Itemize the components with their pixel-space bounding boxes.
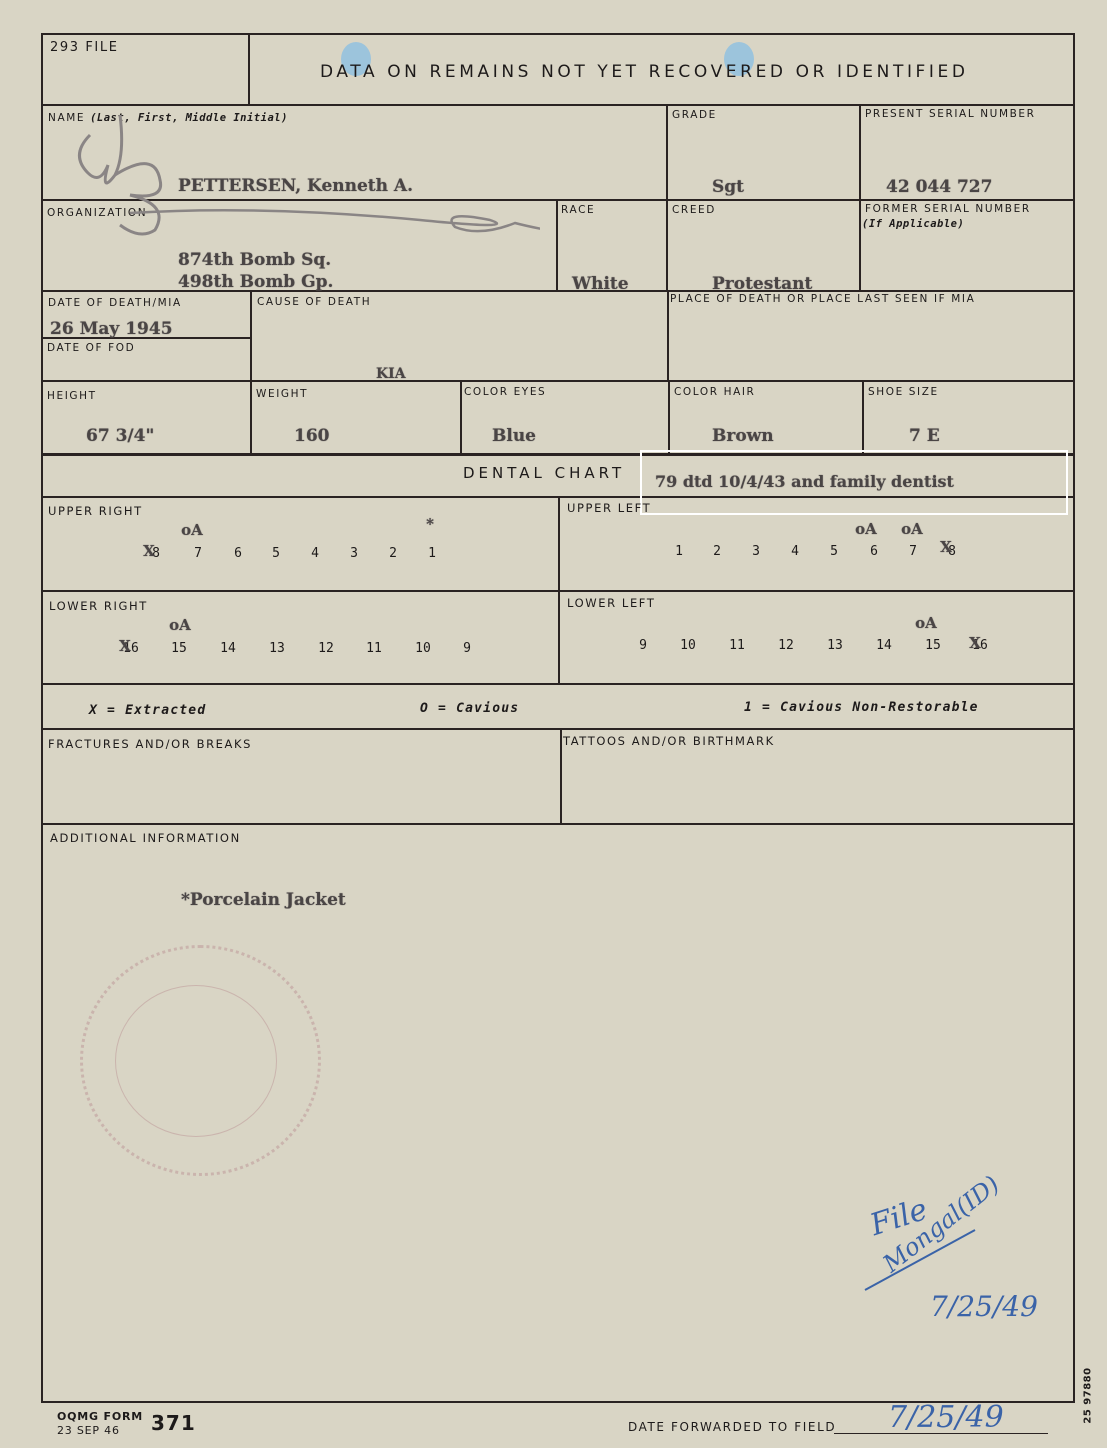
tooth-ul-6: 6: [870, 544, 878, 559]
present-serial-value: 42 044 727: [886, 177, 992, 197]
fractures-label: FRACTURES AND/OR BREAKS: [48, 737, 252, 751]
tooth-lr-14: 14: [220, 641, 236, 656]
color-eyes-label: COLOR EYES: [464, 386, 546, 398]
tooth-ul-2: 2: [713, 544, 721, 559]
tooth-ul-5: 5: [830, 544, 838, 559]
tooth-ll-13: 13: [827, 638, 843, 653]
organization-value-line2: 498th Bomb Gp.: [178, 272, 333, 292]
tooth-ul-1: 1: [675, 544, 683, 559]
form-id-line2: 23 SEP 46: [57, 1424, 120, 1437]
form-title: DATA ON REMAINS NOT YET RECOVERED OR IDE…: [320, 62, 969, 82]
mark-lr-15-oa: oA: [169, 616, 191, 634]
mark-lr-16-extracted: X: [119, 637, 131, 655]
legend-non-restorable: 1 = Cavious Non-Restorable: [744, 700, 979, 715]
faint-stamp-inner: [115, 985, 277, 1137]
tooth-ll-15: 15: [925, 638, 941, 653]
grade-label: GRADE: [672, 109, 717, 121]
cause-of-death-label: CAUSE OF DEATH: [257, 296, 371, 308]
side-code: 25 97880: [1083, 1367, 1094, 1423]
handwritten-date-note: 7/25/49: [930, 1290, 1038, 1323]
former-serial-hint: (If Applicable): [862, 218, 964, 230]
grade-value: Sgt: [712, 177, 744, 197]
tooth-ur-2: 2: [389, 546, 397, 561]
additional-info-label: ADDITIONAL INFORMATION: [50, 831, 241, 845]
tooth-lr-13: 13: [269, 641, 285, 656]
tooth-lr-9: 9: [463, 641, 471, 656]
tooth-ll-12: 12: [778, 638, 794, 653]
color-hair-value: Brown: [712, 426, 774, 446]
color-hair-label: COLOR HAIR: [674, 386, 755, 398]
tooth-ur-4: 4: [311, 546, 319, 561]
upper-left-label: UPPER LEFT: [567, 501, 651, 515]
race-value: White: [572, 274, 629, 294]
tooth-ur-7: 7: [194, 546, 202, 561]
tooth-ur-6: 6: [234, 546, 242, 561]
height-value: 67 3/4": [86, 426, 154, 446]
form-id-line1: OQMG FORM: [57, 1410, 143, 1423]
highlight-box: [640, 450, 1068, 515]
creed-value: Protestant: [712, 274, 812, 294]
lower-left-label: LOWER LEFT: [567, 596, 655, 610]
handwritten-initials: [60, 95, 540, 245]
shoe-size-label: SHOE SIZE: [868, 386, 939, 398]
place-of-death-label: PLACE OF DEATH OR PLACE LAST SEEN IF MIA: [670, 293, 975, 305]
shoe-size-value: 7 E: [909, 426, 940, 446]
tooth-ul-3: 3: [752, 544, 760, 559]
tooth-lr-12: 12: [318, 641, 334, 656]
weight-label: WEIGHT: [256, 388, 308, 400]
date-of-fod-label: DATE OF FOD: [47, 342, 135, 354]
organization-value-line1: 874th Bomb Sq.: [178, 250, 331, 270]
additional-info-value: *Porcelain Jacket: [181, 890, 346, 910]
legend-extracted: X = Extracted: [89, 703, 206, 718]
race-label: RACE: [561, 204, 595, 216]
present-serial-label: PRESENT SERIAL NUMBER: [865, 108, 1036, 120]
mark-ll-15-oa: oA: [915, 614, 937, 632]
dental-chart-title: DENTAL CHART: [463, 464, 625, 482]
tooth-ur-1: 1: [428, 546, 436, 561]
tooth-lr-11: 11: [366, 641, 382, 656]
tooth-lr-15: 15: [171, 641, 187, 656]
mark-ur-7-oa: oA: [181, 521, 203, 539]
tooth-ll-11: 11: [729, 638, 745, 653]
tooth-lr-10: 10: [415, 641, 431, 656]
date-forwarded-label: DATE FORWARDED TO FIELD: [628, 1420, 836, 1434]
date-of-death-value: 26 May 1945: [50, 319, 173, 339]
former-serial-label: FORMER SERIAL NUMBER: [865, 203, 1031, 215]
date-of-death-label: DATE OF DEATH/MIA: [48, 297, 182, 309]
legend-cavious: O = Cavious: [420, 701, 519, 716]
mark-ul-7-oa: oA: [901, 520, 923, 538]
file-label: 293 FILE: [50, 40, 119, 55]
date-forwarded-value: 7/25/49: [888, 1400, 1004, 1435]
color-eyes-value: Blue: [492, 426, 536, 446]
tooth-ll-9: 9: [639, 638, 647, 653]
mark-ur-1-asterisk: *: [426, 515, 434, 533]
tooth-ur-5: 5: [272, 546, 280, 561]
cause-of-death-value: KIA: [376, 366, 406, 382]
tooth-ll-10: 10: [680, 638, 696, 653]
weight-value: 160: [294, 426, 330, 446]
height-label: HEIGHT: [47, 390, 97, 402]
tooth-ul-4: 4: [791, 544, 799, 559]
tooth-ll-14: 14: [876, 638, 892, 653]
mark-ul-8-extracted: X: [940, 538, 952, 556]
tooth-ur-3: 3: [350, 546, 358, 561]
mark-ll-16-extracted: X: [969, 634, 981, 652]
mark-ur-8-extracted: X: [143, 542, 155, 560]
upper-right-label: UPPER RIGHT: [48, 504, 143, 518]
creed-label: CREED: [672, 204, 716, 216]
lower-right-label: LOWER RIGHT: [49, 599, 148, 613]
mark-ul-6-oa: oA: [855, 520, 877, 538]
form-number: 371: [151, 1411, 196, 1435]
tattoos-label: TATTOOS AND/OR BIRTHMARK: [563, 734, 775, 748]
tooth-ul-7: 7: [909, 544, 917, 559]
